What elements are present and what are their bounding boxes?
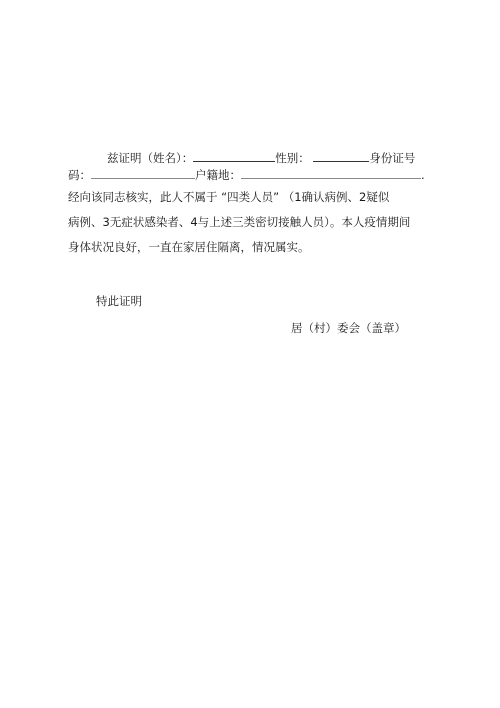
- hukou-blank-field[interactable]: [241, 166, 421, 179]
- id-number-label-part1: 身份证号: [369, 151, 415, 165]
- line-end-mark: .: [421, 168, 425, 182]
- gender-label: 性别：: [275, 151, 310, 165]
- body-text-line-2: 病例、3无症状感染者、4与上述三类密切接触人员）。本人疫情期间: [68, 214, 410, 230]
- name-gender-line: 兹证明（姓名）：性别： 身份证号: [107, 149, 415, 166]
- signature-stamp-text: 居（村）委会（盖章）: [291, 320, 406, 336]
- gender-blank-field[interactable]: [313, 149, 369, 162]
- hukou-label: 户籍地：: [195, 168, 241, 182]
- body-text-line-3: 身体状况良好，一直在家居住隔离，情况属实。: [68, 239, 310, 255]
- id-hukou-line: 码：户籍地：.: [68, 166, 425, 183]
- name-blank-field[interactable]: [193, 149, 275, 162]
- id-number-blank-field[interactable]: [91, 166, 195, 179]
- closing-text: 特此证明: [96, 293, 142, 309]
- id-number-label-part2: 码：: [68, 168, 91, 182]
- name-label: 兹证明（姓名）：: [107, 151, 193, 165]
- certificate-page: 兹证明（姓名）：性别： 身份证号 码：户籍地：. 经向该同志核实，此人不属于 “…: [0, 0, 500, 708]
- body-text-line-1: 经向该同志核实，此人不属于 “四类人员” （1确认病例、2疑似: [68, 189, 389, 205]
